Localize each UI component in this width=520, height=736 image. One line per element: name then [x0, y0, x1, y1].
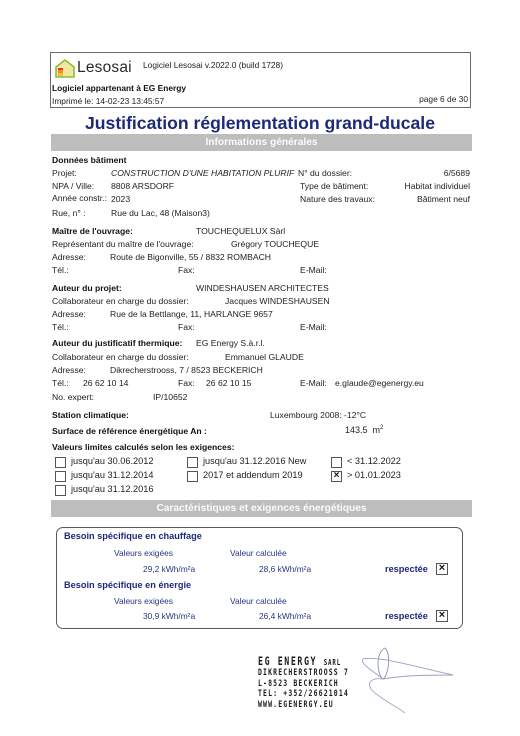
surface-label: Surface de référence énergétique An : — [52, 426, 207, 436]
house-logo-icon — [55, 59, 75, 78]
architect-tel-label: Tél.: — [52, 322, 69, 332]
limit-checkbox[interactable] — [187, 457, 198, 468]
section-general-info: Informations générales — [51, 134, 472, 151]
limit-checkbox[interactable] — [55, 485, 66, 496]
architect-collab-label: Collaborateur en charge du dossier: — [52, 296, 189, 306]
station-value: Luxembourg 2008: -12°C — [270, 410, 366, 420]
surface-value: 143.5 m2 — [345, 425, 383, 435]
page-title: Justification réglementation grand-ducal… — [0, 113, 520, 134]
energy-required-value: 30,9 kWh/m²a — [143, 611, 195, 621]
architect-heading: Auteur du projet: — [52, 283, 122, 293]
limit-checkbox-label: > 01.01.2023 — [347, 470, 401, 480]
thermal-heading: Auteur du justificatif thermique: — [52, 338, 182, 348]
street-value: Rue du Lac, 48 (Maison3) — [111, 208, 210, 218]
building-type-value: Habitat individuel — [405, 181, 470, 191]
energy-calculated-value: 26,4 kWh/m²a — [259, 611, 311, 621]
dossier-value: 6/5689 — [444, 168, 470, 178]
thermal-email-label: E-Mail: — [300, 378, 327, 388]
surface-number: 143.5 — [345, 425, 368, 435]
heating-calculated-label: Valeur calculée — [230, 548, 287, 558]
stamp-line-1: EG ENERGY SARL — [258, 656, 349, 668]
works-label: Nature des travaux: — [300, 194, 375, 204]
limit-checkbox-label: jusqu'au 31.12.2016 New — [203, 456, 306, 466]
limits-label: Valeurs limites calculés selon les exige… — [52, 442, 234, 452]
limit-checkbox[interactable] — [331, 457, 342, 468]
expert-label: No. expert: — [52, 392, 94, 402]
software-version: Logiciel Lesosai v.2022.0 (build 1728) — [143, 60, 283, 70]
owner-address-value: Route de Bigonville, 55 / 8832 ROMBACH — [110, 252, 271, 262]
page-number: page 6 de 30 — [419, 94, 468, 104]
thermal-email-value: e.glaude@egenergy.eu — [335, 378, 424, 388]
stamp-company-suffix: SARL — [324, 658, 341, 667]
expert-value: IP/10652 — [153, 392, 187, 402]
company-stamp: EG ENERGY SARL DIKRECHERSTROOSS 7 L-8523… — [258, 656, 349, 710]
heating-required-value: 29,2 kWh/m²a — [143, 564, 195, 574]
stamp-line-4: TEL: +352/26621014 — [258, 689, 349, 699]
energy-calculated-label: Valeur calculée — [230, 596, 287, 606]
project-label: Projet: — [52, 168, 77, 178]
thermal-fax-label: Fax: — [178, 378, 195, 388]
section-energy-requirements: Caractéristiques et exigences énergétiqu… — [51, 500, 472, 517]
signature-icon — [355, 645, 465, 715]
architect-address-value: Rue de la Bettlange, 11, HARLANGE 9657 — [110, 309, 273, 319]
thermal-tel-value: 26 62 10 14 — [83, 378, 128, 388]
owner-rep-label: Représentant du maître de l'ouvrage: — [52, 239, 194, 249]
limit-checkbox-label: < 31.12.2022 — [347, 456, 401, 466]
works-value: Bâtiment neuf — [417, 194, 470, 204]
heating-calculated-value: 28,6 kWh/m²a — [259, 564, 311, 574]
heating-required-label: Valeurs exigées — [114, 548, 173, 558]
heating-requirement-title: Besoin spécifique en chauffage — [64, 531, 202, 541]
heating-status: respectée — [385, 564, 428, 574]
thermal-fax-value: 26 62 10 15 — [206, 378, 251, 388]
architect-address-label: Adresse: — [52, 309, 86, 319]
energy-required-label: Valeurs exigées — [114, 596, 173, 606]
limit-checkbox-label: jusqu'au 30.06.2012 — [71, 456, 153, 466]
limit-checkbox[interactable] — [187, 471, 198, 482]
owner-address-label: Adresse: — [52, 252, 86, 262]
limit-checkbox[interactable] — [55, 471, 66, 482]
dossier-label: N° du dossier: — [298, 168, 352, 178]
owner-name: TOUCHEQUELUX Sàrl — [196, 226, 285, 236]
energy-requirement-title: Besoin spécifique en énergie — [64, 580, 191, 590]
thermal-address-value: Dikrecherstrooss, 7 / 8523 BECKERICH — [110, 365, 263, 375]
architect-collab-value: Jacques WINDESHAUSEN — [225, 296, 330, 306]
thermal-address-label: Adresse: — [52, 365, 86, 375]
stamp-company: EG ENERGY — [258, 654, 317, 668]
surface-exponent: 2 — [380, 425, 383, 431]
owner-email-label: E-Mail: — [300, 265, 327, 275]
thermal-collab-value: Emmanuel GLAUDE — [225, 352, 304, 362]
thermal-collab-label: Collaborateur en charge du dossier: — [52, 352, 189, 362]
limit-checkbox-label: 2017 et addendum 2019 — [203, 470, 303, 480]
lesosai-logo: Lesosai — [55, 58, 132, 78]
heating-status-checkbox[interactable] — [436, 563, 448, 575]
software-owner: Logiciel appartenant à EG Energy — [52, 83, 186, 93]
limit-checkbox-label: jusqu'au 31.12.2016 — [71, 484, 153, 494]
npa-label: NPA / Ville: — [52, 181, 94, 191]
energy-status-checkbox[interactable] — [436, 610, 448, 622]
architect-name: WINDESHAUSEN ARCHITECTES — [196, 283, 329, 293]
surface-unit: m — [373, 425, 381, 435]
energy-status: respectée — [385, 611, 428, 621]
street-label: Rue, n° : — [52, 208, 86, 218]
year-value: 2023 — [111, 194, 130, 204]
thermal-tel-label: Tél.: — [52, 378, 69, 388]
building-heading: Données bâtiment — [52, 155, 127, 165]
station-label: Station climatique: — [52, 410, 129, 420]
architect-email-label: E-Mail: — [300, 322, 327, 332]
logo-text: Lesosai — [77, 59, 132, 77]
project-value: CONSTRUCTION D'UNE HABITATION PLURIF — [111, 168, 294, 178]
stamp-line-3: L-8523 BECKERICH — [258, 679, 349, 689]
stamp-line-2: DIKRECHERSTROOSS 7 — [258, 668, 349, 678]
limit-checkbox[interactable] — [331, 471, 342, 482]
thermal-name: EG Energy S.à.r.l. — [196, 338, 265, 348]
npa-value: 8808 ARSDORF — [111, 181, 174, 191]
owner-heading: Maître de l'ouvrage: — [52, 226, 133, 236]
owner-fax-label: Fax: — [178, 265, 195, 275]
document-header: Lesosai Logiciel Lesosai v.2022.0 (build… — [50, 52, 471, 108]
owner-tel-label: Tél.: — [52, 265, 69, 275]
stamp-line-5: WWW.EGENERGY.EU — [258, 700, 349, 710]
print-date: Imprimé le: 14-02-23 13:45:57 — [52, 96, 164, 106]
architect-fax-label: Fax: — [178, 322, 195, 332]
limit-checkbox[interactable] — [55, 457, 66, 468]
year-label: Année constr.: — [52, 193, 107, 203]
limit-checkbox-label: jusqu'au 31.12.2014 — [71, 470, 153, 480]
owner-rep-value: Grégory TOUCHEQUE — [231, 239, 319, 249]
building-type-label: Type de bâtiment: — [300, 181, 368, 191]
